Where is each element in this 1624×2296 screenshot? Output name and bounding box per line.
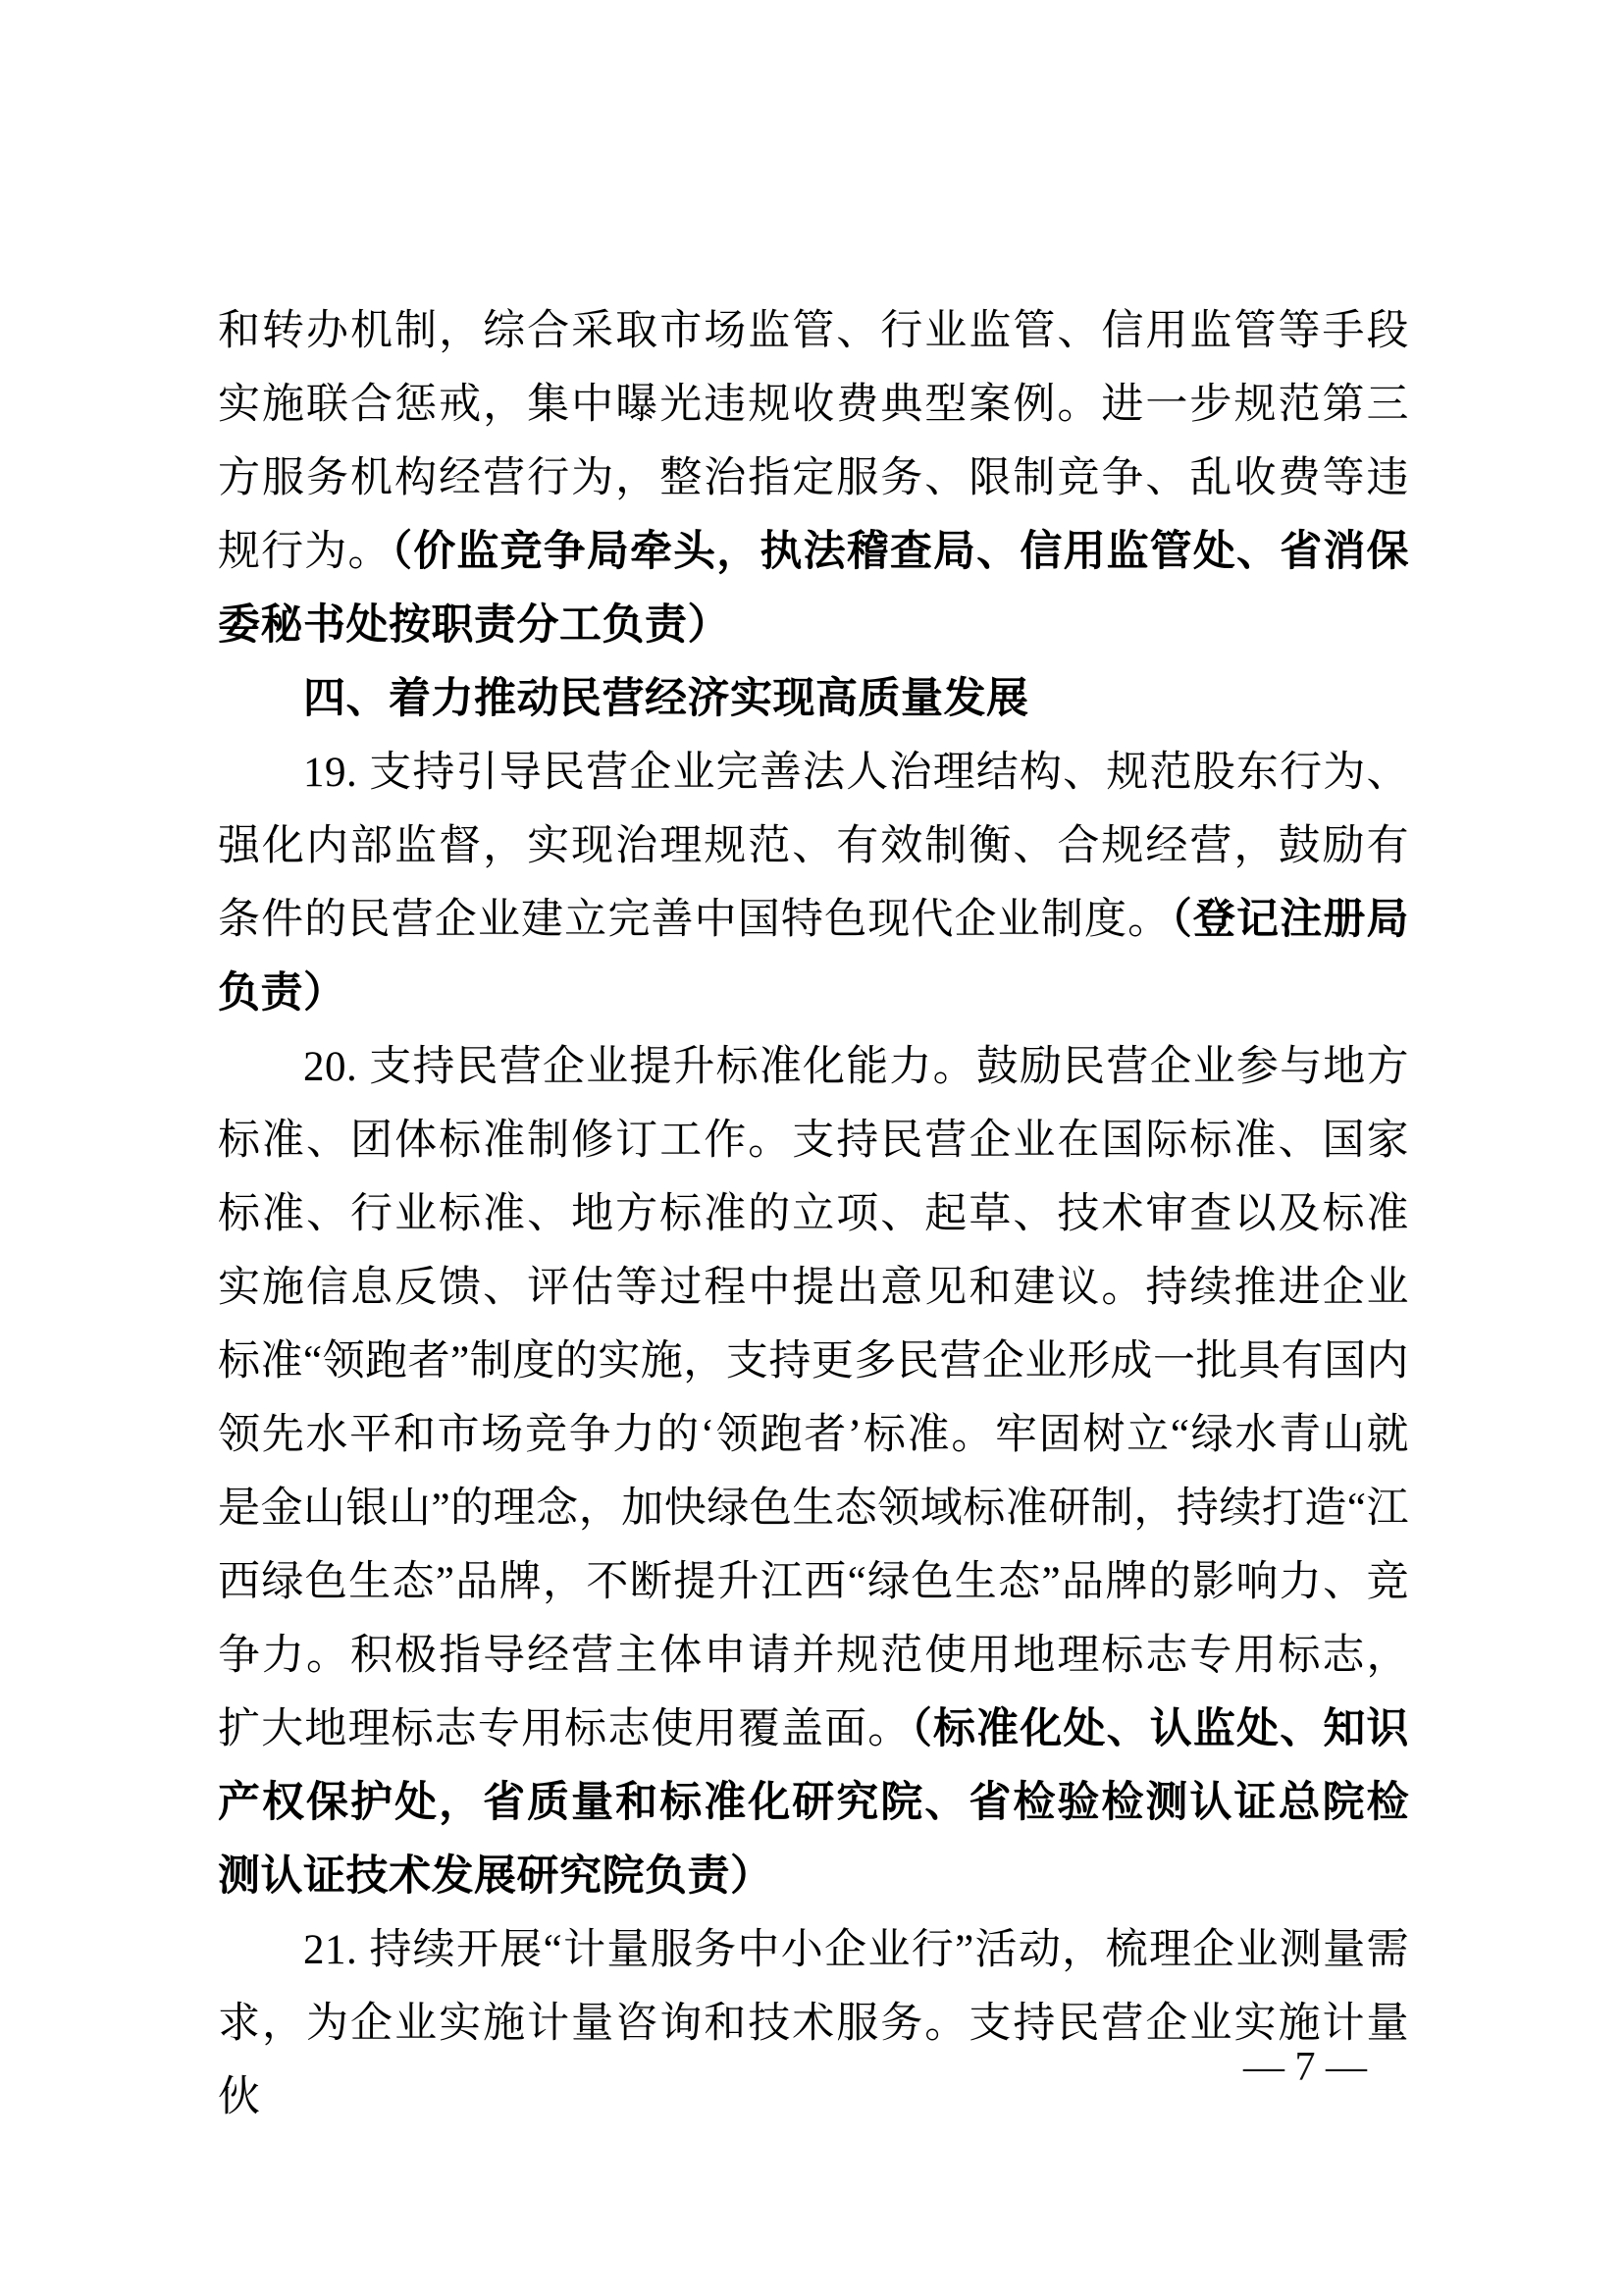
paragraph-continuation: 和转办机制，综合采取市场监管、行业监管、信用监管等手段实施联合惩戒，集中曝光违规… xyxy=(218,294,1409,662)
paragraph-item-19: 19. 支持引导民营企业完善法人治理结构、规范股东行为、强化内部监督，实现治理规… xyxy=(218,736,1409,1030)
text-run: 20. 支持民营企业提升标准化能力。鼓励民营企业参与地方标准、团体标准制修订工作… xyxy=(218,1044,1409,1752)
document-page: 和转办机制，综合采取市场监管、行业监管、信用监管等手段实施联合惩戒，集中曝光违规… xyxy=(0,0,1624,2296)
section-heading-4: 四、着力推动民营经济实现高质量发展 xyxy=(218,662,1409,736)
paragraph-item-20: 20. 支持民营企业提升标准化能力。鼓励民营企业参与地方标准、团体标准制修订工作… xyxy=(218,1030,1409,1913)
responsibility-bold-run: （价监竞争局牵头，执法稽查局、信用监管处、省消保委秘书处按职责分工负责） xyxy=(218,528,1409,649)
responsibility-bold-run: 四、着力推动民营经济实现高质量发展 xyxy=(303,675,1029,722)
page-footer: — 7 — xyxy=(1243,2043,1367,2092)
page-number: — 7 — xyxy=(1243,2045,1367,2090)
paragraph-item-21: 21. 持续开展“计量服务中小企业行”活动，梳理企业测量需求，为企业实施计量咨询… xyxy=(218,1913,1409,2134)
text-run: 21. 持续开展“计量服务中小企业行”活动，梳理企业测量需求，为企业实施计量咨询… xyxy=(218,1927,1409,2120)
document-body: 和转办机制，综合采取市场监管、行业监管、信用监管等手段实施联合惩戒，集中曝光违规… xyxy=(218,294,1409,2134)
